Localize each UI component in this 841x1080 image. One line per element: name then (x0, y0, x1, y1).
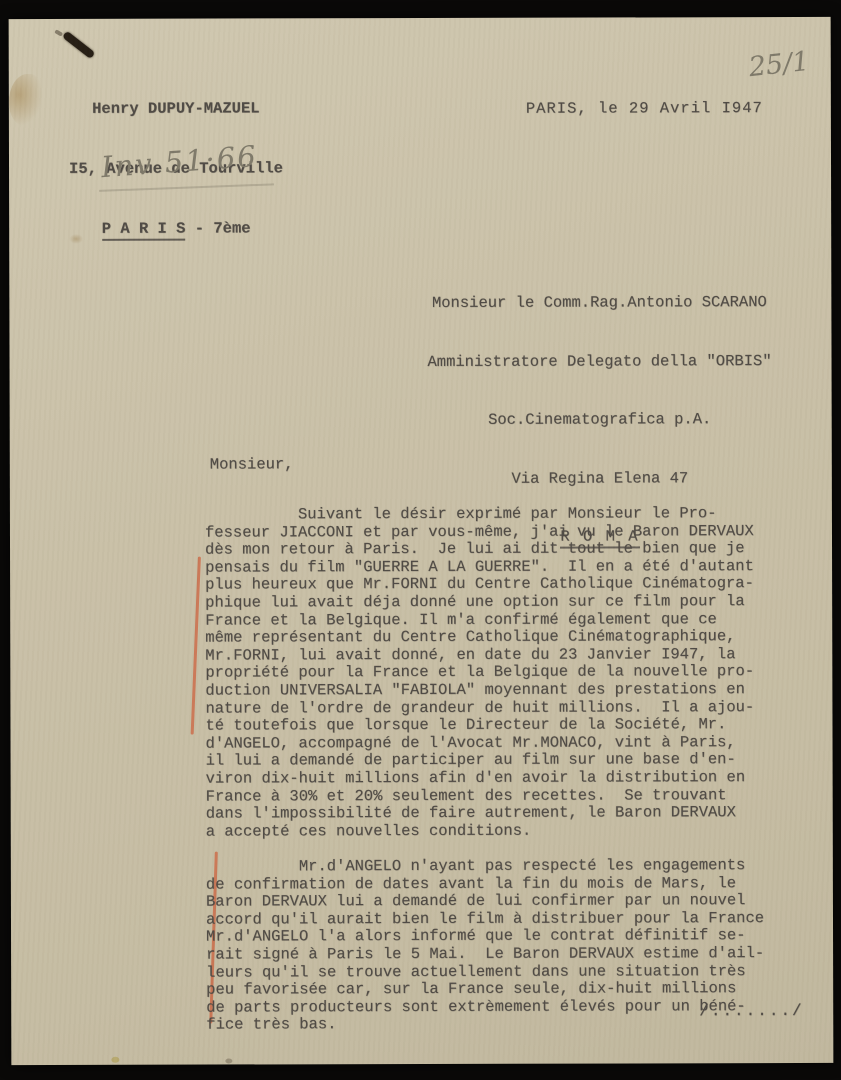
body-paragraph-2: Mr.d'ANGELO n'ayant pas respecté les eng… (206, 857, 765, 1034)
salutation: Monsieur, (210, 455, 294, 473)
body-paragraph-1: Suivant le désir exprimé par Monsieur le… (205, 505, 755, 841)
recipient-line: Amministratore Delegato della "ORBIS" (395, 351, 805, 372)
sender-city: P A R I S (102, 220, 186, 241)
recipient-line: Soc.Cinematografica p.A. (395, 410, 805, 431)
continuation-mark: /......./ (699, 1002, 803, 1020)
paper-stain (9, 74, 43, 126)
sender-city-suffix: - 7ème (185, 219, 250, 237)
small-ink-mark (54, 29, 63, 36)
page-number-handwriting: 25/1 (747, 46, 811, 83)
dateline: PARIS, le 29 Avril I947 (526, 99, 763, 118)
paper-stain (111, 1057, 119, 1063)
recipient-line: Monsieur le Comm.Rag.Antonio SCARANO (394, 293, 804, 314)
paper-stain (225, 1058, 232, 1063)
recipient-line: Via Regina Elena 47 (395, 468, 805, 489)
sender-name: Henry DUPUY-MAZUEL (69, 98, 283, 119)
ink-stroke-mark (62, 31, 95, 59)
letter-paper: Henry DUPUY-MAZUEL I5, Avenue de Tourvil… (9, 17, 834, 1065)
scan-background: { "annotations": { "page_number": "25/1"… (0, 0, 841, 1080)
red-pencil-margin-line (191, 557, 201, 735)
sender-city-line: P A R I S - 7ème (69, 218, 283, 239)
